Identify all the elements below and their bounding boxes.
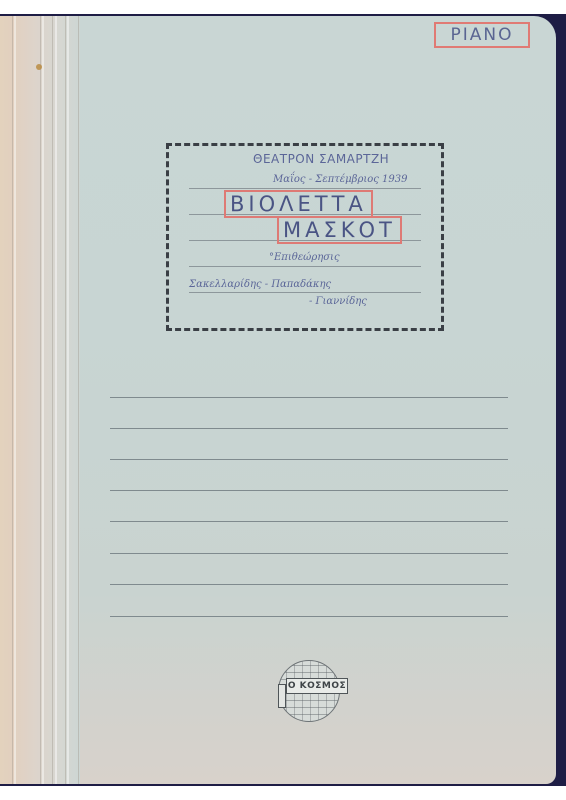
stain-mark [36, 64, 42, 70]
ruled-line [110, 490, 508, 491]
publisher-logo-text: Ο ΚΟΣΜΟΣ [286, 678, 348, 694]
title-line-1: ΒΙΟΛΕΤΤΑ [224, 190, 373, 218]
theatre-name: ΘΕΑΤΡΟΝ ΣΑΜΑΡΤΖΗ [253, 152, 389, 166]
date-text: Μαΐος - Σεπτέμβριος 1939 [273, 174, 408, 185]
title-frame: ΘΕΑΤΡΟΝ ΣΑΜΑΡΤΖΗ Μαΐος - Σεπτέμβριος 193… [166, 143, 444, 331]
handwritten-authors: Σακελλαρίδης - Παπαδάκης [189, 279, 331, 290]
ruled-line [110, 397, 508, 398]
corner-label: PIANO [434, 22, 530, 48]
ruled-line [110, 521, 508, 522]
handwritten-genre: °Επιθεώρησις [269, 252, 340, 263]
ruled-line [110, 459, 508, 460]
ruled-line [110, 553, 508, 554]
ruled-line [110, 428, 508, 429]
ruled-line [110, 616, 508, 617]
ruled-line [110, 584, 508, 585]
handwritten-composer: - Γιαννίδης [309, 296, 367, 307]
notebook-cover: PIANO ΘΕΑΤΡΟΝ ΣΑΜΑΡΤΖΗ Μαΐος - Σεπτέμβρι… [0, 16, 556, 784]
title-line-2: ΜΑΣΚΟΤ [277, 216, 402, 244]
spine [0, 16, 80, 784]
logo-stand [278, 684, 286, 708]
